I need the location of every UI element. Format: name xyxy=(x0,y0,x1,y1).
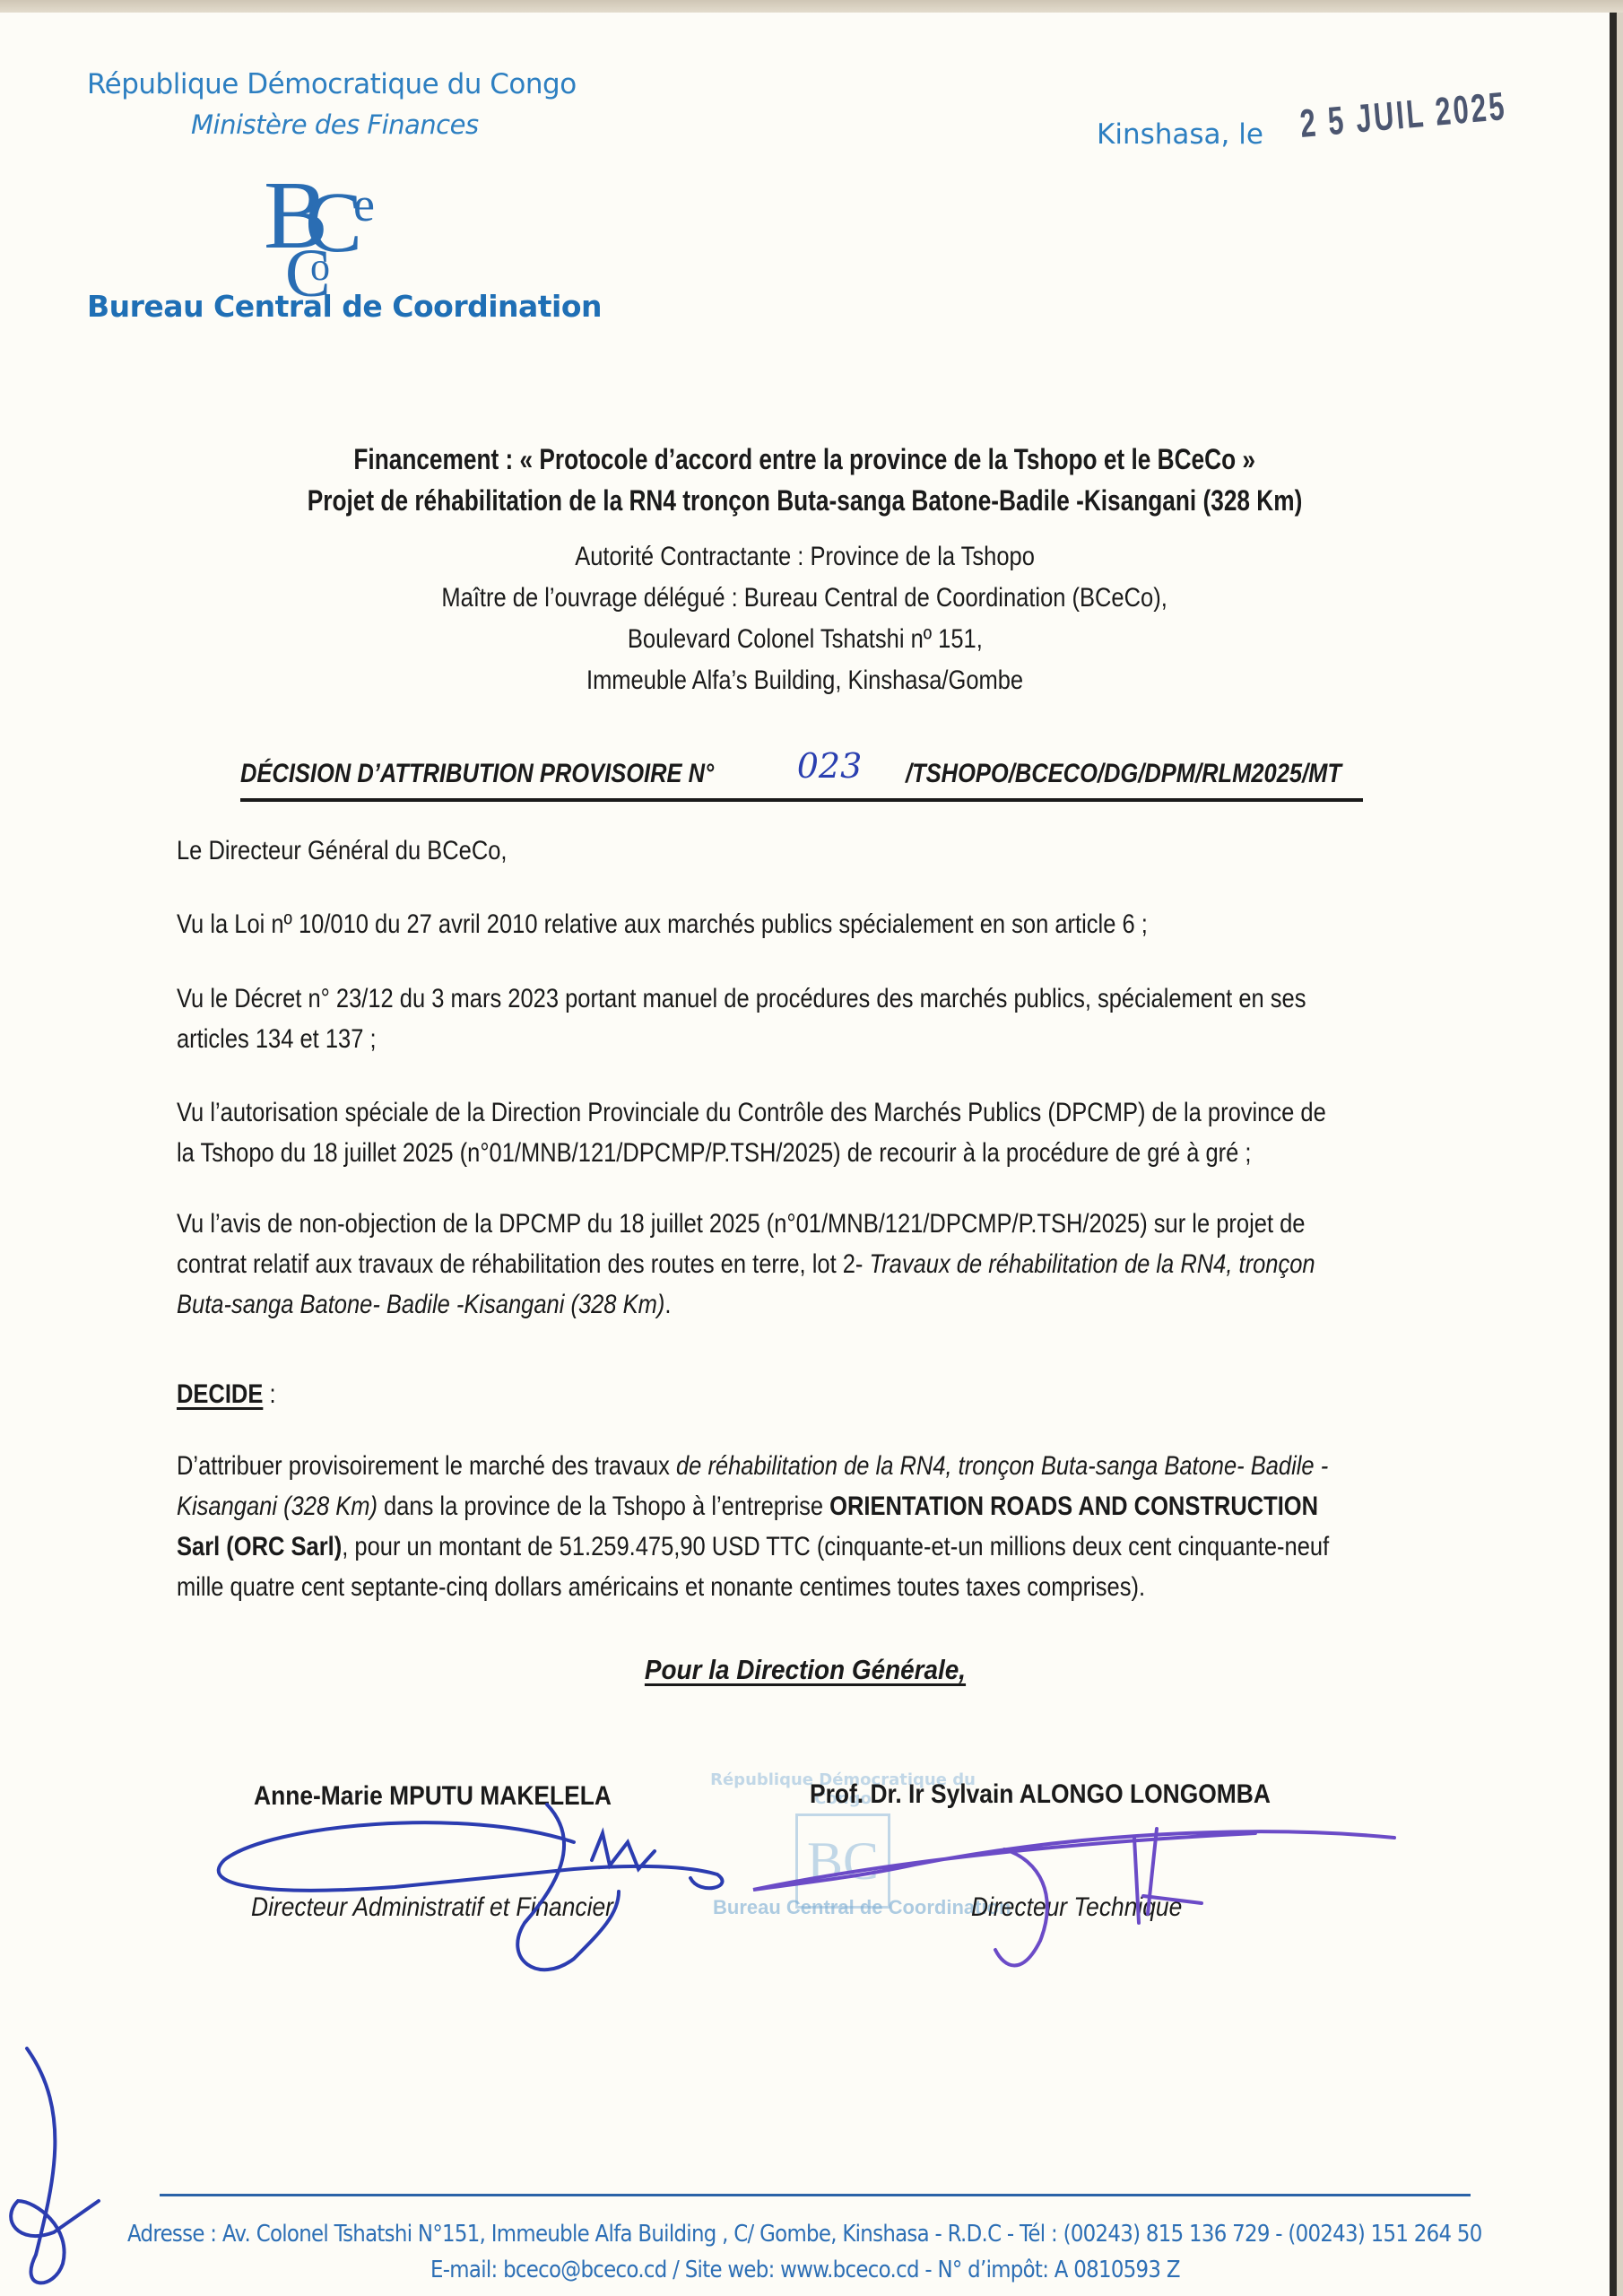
footer-contact: E-mail: bceco@bceco.cd / Site web: www.b… xyxy=(0,2257,1610,2283)
handwritten-signatures-icon xyxy=(0,13,1610,2296)
document-page: République Démocratique du Congo Ministè… xyxy=(0,13,1617,2296)
scan-edge xyxy=(0,0,1623,13)
footer-divider xyxy=(160,2194,1471,2196)
footer-address: Adresse : Av. Colonel Tshatshi N°151, Im… xyxy=(0,2221,1610,2248)
